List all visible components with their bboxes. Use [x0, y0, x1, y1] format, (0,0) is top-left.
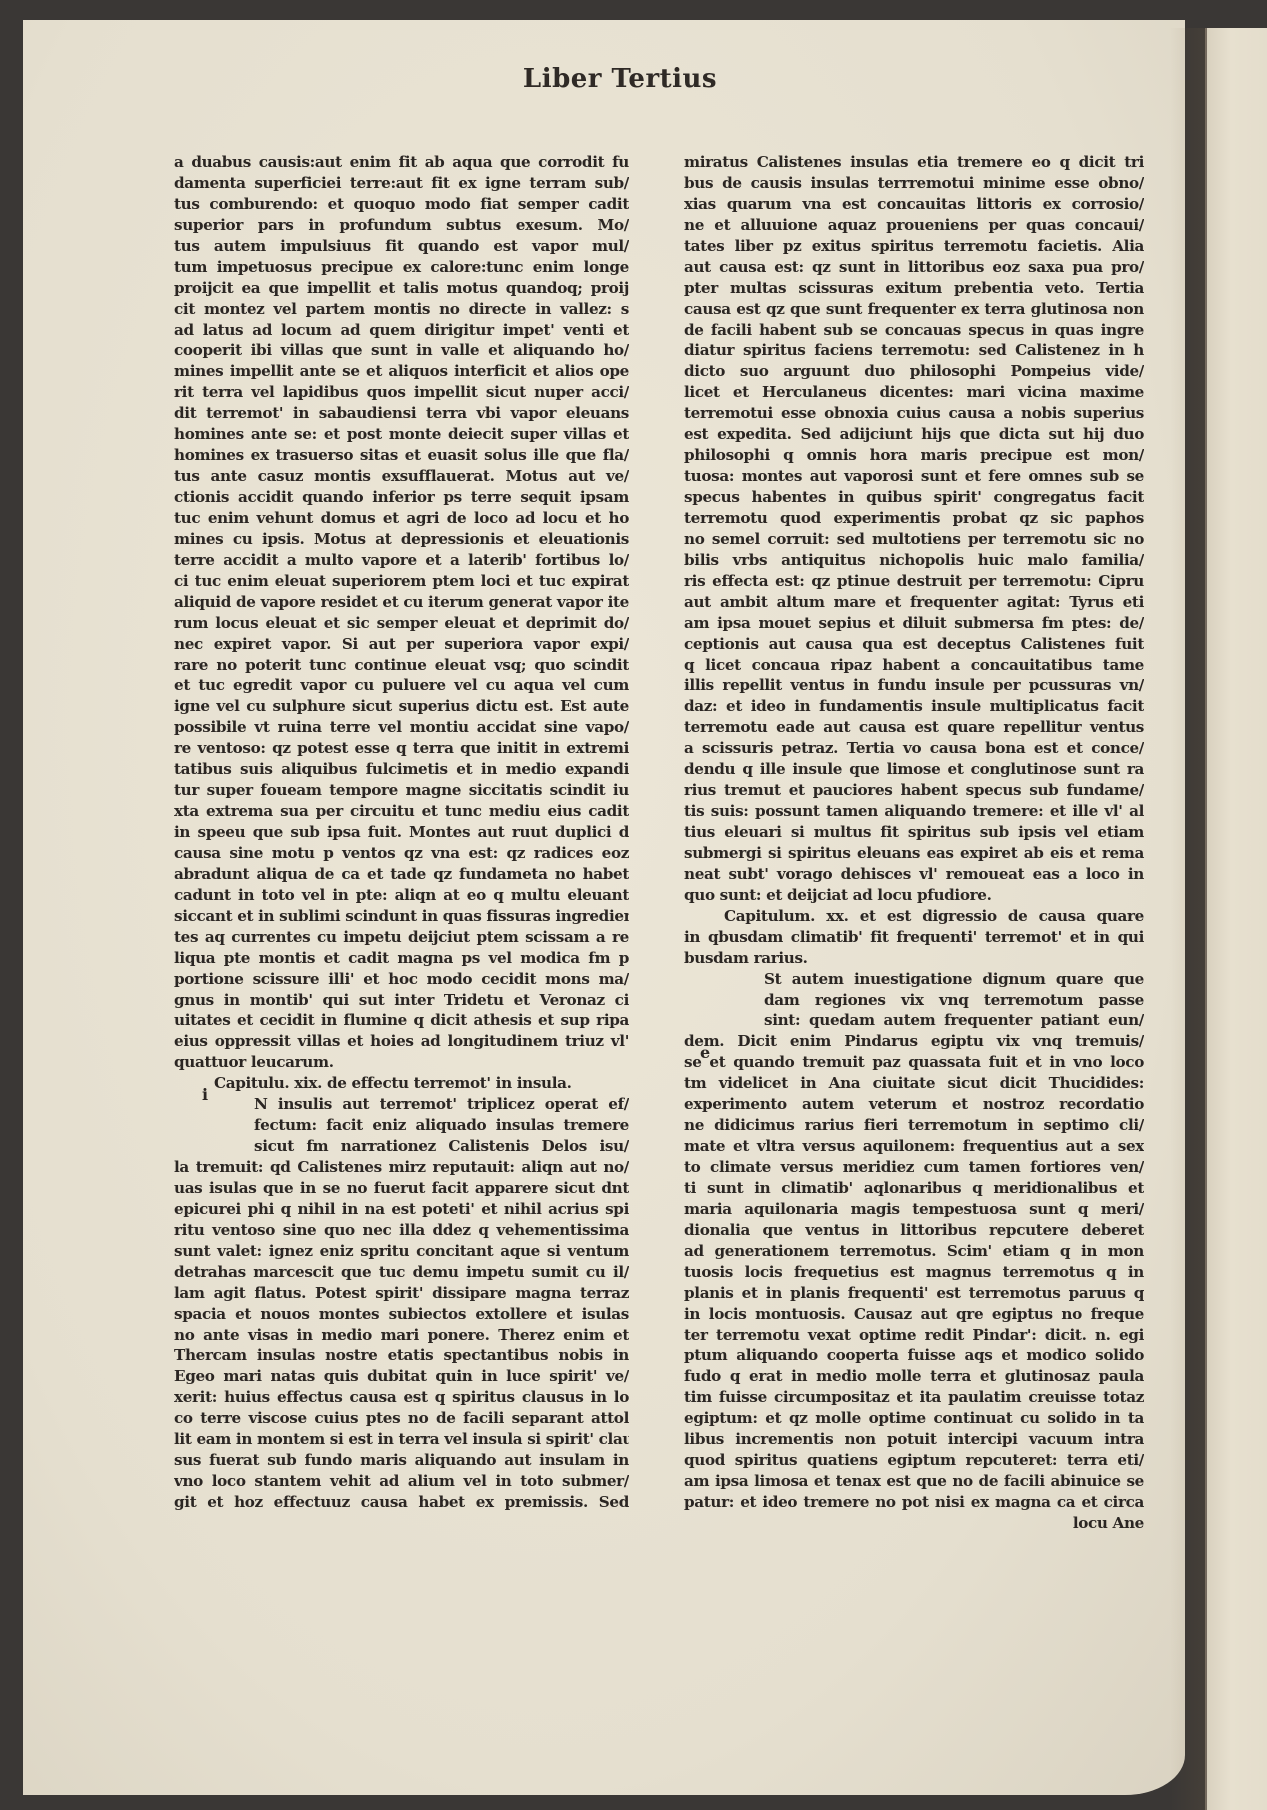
text-line: sunt valet: ignez eniz spritu concitant …	[174, 1241, 629, 1262]
gutter-line	[1205, 28, 1207, 1810]
text-line: patur: et ideo tremere no pot nisi ex ma…	[684, 1492, 1144, 1513]
text-line: lit eam in montem si est in terra vel in…	[174, 1429, 629, 1450]
text-line: philosophi q omnis hora maris precipue e…	[684, 445, 1144, 466]
text-line: vno loco stantem vehit ad alium vel in t…	[174, 1471, 629, 1492]
text-line: St autem inuestigatione dignum quare que	[684, 969, 1144, 990]
text-line: in speeu que sub ipsa fuit. Montes aut r…	[174, 822, 629, 843]
text-line: sus fuerat sub fundo maris aliquando aut…	[174, 1450, 629, 1471]
text-line: aliquid de vapore residet et cu iterum g…	[174, 592, 629, 613]
text-line: miratus Calistenes insulas etia tremere …	[684, 152, 1144, 173]
text-line: superior pars in profundum subtus exesum…	[174, 215, 629, 236]
text-line: tus comburendo: et quoquo modo fiat semp…	[174, 194, 629, 215]
text-line: siccant et in sublimi scindunt in quas f…	[174, 906, 629, 927]
text-line: damenta superficiei terre:aut fit ex ign…	[174, 173, 629, 194]
text-line: egiptum: et qz molle optime continuat cu…	[684, 1408, 1144, 1429]
text-line: bus de causis insulas terrremotui minime…	[684, 173, 1144, 194]
gutter-shadow	[1170, 28, 1206, 1810]
text-line: tes aq currentes cu impetu deijciut ptem…	[174, 927, 629, 948]
text-line: pter multas scissuras exitum prebentia v…	[684, 278, 1144, 299]
text-line: quod spiritus quatiens egiptum repcutere…	[684, 1450, 1144, 1471]
text-line: et tuc egredit vapor cu puluere vel cu a…	[174, 675, 629, 696]
text-line: ti sunt in climatib' aqlonaribus q merid…	[684, 1178, 1144, 1199]
text-line: tus autem impulsiuus fit quando est vapo…	[174, 236, 629, 257]
text-line: tur super foueam tempore magne siccitati…	[174, 780, 629, 801]
text-line: tuosa: montes aut vaporosi sunt et fere …	[684, 466, 1144, 487]
running-head: Liber Tertius	[520, 64, 720, 94]
text-line: experimento autem veterum et nostroz rec…	[684, 1094, 1144, 1115]
text-line: xias quarum vna est concauitas littoris …	[684, 194, 1144, 215]
text-line: causa sine motu p ventos qz vna est: qz …	[174, 843, 629, 864]
text-line: liqua pte montis et cadit magna ps vel m…	[174, 948, 629, 969]
text-line: ad latus ad locum ad quem dirigitur impe…	[174, 320, 629, 341]
text-line: am ipsa mouet sepius et diluit submersa …	[684, 613, 1144, 634]
text-line: dionalia que ventus in littoribus repcut…	[684, 1220, 1144, 1241]
text-line: ptum aliquando cooperta fuisse aqs et mo…	[684, 1345, 1144, 1366]
text-line: quattuor leucarum.	[174, 1052, 629, 1073]
text-line: tis suis: possunt tamen aliquando tremer…	[684, 801, 1144, 822]
text-line: terremotu quod experimentis probat qz si…	[684, 508, 1144, 529]
text-line: ci tuc enim eleuat superiorem ptem loci …	[174, 571, 629, 592]
text-line: dendu q ille insule que limose et conglu…	[684, 759, 1144, 780]
text-line: a scissuris petraz. Tertia vo causa bona…	[684, 738, 1144, 759]
text-line: terremotui esse obnoxia cuius causa a no…	[684, 403, 1144, 424]
text-line: git et hoz effectuuz causa habet ex prem…	[174, 1492, 629, 1513]
text-line: se et quando tremuit paz quassata fuit e…	[684, 1052, 1144, 1073]
text-line: dicto suo arguunt duo philosophi Pompeiu…	[684, 361, 1144, 382]
text-line: bilis vrbs antiquitus nichopolis huic ma…	[684, 550, 1144, 571]
text-line: maria aquilonaria magis tempestuosa sunt…	[684, 1199, 1144, 1220]
text-line: submergi si spiritus eleuans eas expiret…	[684, 843, 1144, 864]
text-line: dit terremot' in sabaudiensi terra vbi v…	[174, 403, 629, 424]
text-line: libus incrementis non potuit intercipi v…	[684, 1429, 1144, 1450]
text-line: no ante visas in medio mari ponere. Ther…	[174, 1325, 629, 1346]
text-line: aut ambit altum mare et frequenter agita…	[684, 592, 1144, 613]
text-line: uitates et cecidit in flumine q dicit at…	[174, 1010, 629, 1031]
text-line: Capitulu. xix. de effectu terremot' in i…	[174, 1073, 629, 1094]
text-line: planis et in planis frequenti' est terre…	[684, 1283, 1144, 1304]
text-line: dam regiones vix vnq terremotum passe	[684, 990, 1144, 1011]
text-line: dem. Dicit enim Pindarus egiptu vix vnq …	[684, 1031, 1144, 1052]
text-column-left: a duabus causis:aut enim fit ab aqua que…	[174, 152, 629, 1513]
text-line: tim fuisse circumpositaz et ita paulatim…	[684, 1387, 1144, 1408]
text-line: mate et vltra versus aquilonem: frequent…	[684, 1136, 1144, 1157]
text-line: locu Ane	[684, 1513, 1144, 1534]
text-line: cit montez vel partem montis no directe …	[174, 299, 629, 320]
text-line: xta extrema sua per circuitu et tunc med…	[174, 801, 629, 822]
text-line: licet et Herculaneus dicentes: mari vici…	[684, 382, 1144, 403]
text-line: uas isulas que in se no fuerut facit app…	[174, 1178, 629, 1199]
text-line: ad generationem terremotus. Scim' etiam …	[684, 1241, 1144, 1262]
text-line: lam agit flatus. Potest spirit' dissipar…	[174, 1283, 629, 1304]
text-line: ris effecta est: qz ptinue destruit per …	[684, 571, 1144, 592]
text-line: fectum: facit eniz aliquado insulas trem…	[174, 1115, 629, 1136]
text-line: xerit: huius effectus causa est q spirit…	[174, 1387, 629, 1408]
text-line: specus habentes in quibus spirit' congre…	[684, 487, 1144, 508]
text-line: mines impellit ante se et aliquos interf…	[174, 361, 629, 382]
text-line: to climate versus meridiez cum tamen for…	[684, 1157, 1144, 1178]
text-line: proijcit ea que impellit et talis motus …	[174, 278, 629, 299]
text-line: la tremuit: qd Calistenes mirz reputauit…	[174, 1157, 629, 1178]
text-line: terremotu eade aut causa est quare repel…	[684, 717, 1144, 738]
text-line: homines ex trasuerso sitas et euasit sol…	[174, 445, 629, 466]
text-line: rum locus eleuat et sic semper eleuat et…	[174, 613, 629, 634]
text-line: tuosis locis frequetius est magnus terre…	[684, 1262, 1144, 1283]
text-line: a duabus causis:aut enim fit ab aqua que…	[174, 152, 629, 173]
text-line: tuc enim vehunt domus et agri de loco ad…	[174, 508, 629, 529]
text-line: ter terremotu vexat optime redit Pindar'…	[684, 1325, 1144, 1346]
text-line: eius oppressit villas et hoies ad longit…	[174, 1031, 629, 1052]
guide-letter-left: i	[202, 1085, 208, 1104]
text-line: Thercam insulas nostre etatis spectantib…	[174, 1345, 629, 1366]
text-line: tates liber pz exitus spiritus terremotu…	[684, 236, 1144, 257]
text-line: no semel corruit: sed multotiens per ter…	[684, 529, 1144, 550]
text-line: spacia et nouos montes subiectos extolle…	[174, 1304, 629, 1325]
text-line: co terre viscose cuius ptes no de facili…	[174, 1408, 629, 1429]
text-line: diatur spiritus faciens terremotu: sed C…	[684, 340, 1144, 361]
text-line: ne didicimus rarius fieri terremotum in …	[684, 1115, 1144, 1136]
text-line: gnus in montib' qui sut inter Tridetu et…	[174, 990, 629, 1011]
text-line: abradunt aliqua de ca et tade qz fundame…	[174, 864, 629, 885]
text-column-right: miratus Calistenes insulas etia tremere …	[684, 152, 1144, 1534]
text-line: de facili habent sub se concauas specus …	[684, 320, 1144, 341]
text-line: neat subt' vorago dehisces vl' remoueat …	[684, 864, 1144, 885]
text-line: rius tremut et pauciores habent specus s…	[684, 780, 1144, 801]
text-line: tus ante casuz montis exsufflauerat. Mot…	[174, 466, 629, 487]
text-line: tius eleuari si multus fit spiritus sub …	[684, 822, 1144, 843]
text-line: sint: quedam autem frequenter patiant eu…	[684, 1010, 1144, 1031]
text-line: homines ante se: et post monte deiecit s…	[174, 424, 629, 445]
guide-letter-right: e	[700, 1043, 710, 1062]
text-line: ne et alluuione aquaz proueniens per qua…	[684, 215, 1144, 236]
text-line: detrahas marcescit que tuc demu impetu s…	[174, 1262, 629, 1283]
text-line: busdam rarius.	[684, 948, 1144, 969]
text-line: possibile vt ruina terre vel montiu acci…	[174, 717, 629, 738]
text-line: cadunt in toto vel in pte: aliqn at eo q…	[174, 885, 629, 906]
text-line: tum impetuosus precipue ex calore:tunc e…	[174, 257, 629, 278]
text-line: in qbusdam climatib' fit frequenti' terr…	[684, 927, 1144, 948]
text-line: igne vel cu sulphure sicut superius dict…	[174, 696, 629, 717]
text-line: rit terra vel lapidibus quos impellit si…	[174, 382, 629, 403]
text-line: re ventoso: qz potest esse q terra que i…	[174, 738, 629, 759]
text-line: daz: et ideo in fundamentis insule multi…	[684, 696, 1144, 717]
text-line: ctionis accidit quando inferior ps terre…	[174, 487, 629, 508]
text-line: tatibus suis aliquibus fulcimetis et in …	[174, 759, 629, 780]
text-line: am ipsa limosa et tenax est que no de fa…	[684, 1471, 1144, 1492]
text-line: cooperit ibi villas que sunt in valle et…	[174, 340, 629, 361]
text-line: fudo q erat in medio molle terra et glut…	[684, 1366, 1144, 1387]
text-line: ceptionis aut causa qua est deceptus Cal…	[684, 634, 1144, 655]
text-line: mines cu ipsis. Motus at depressionis et…	[174, 529, 629, 550]
text-line: tm videlicet in Ana ciuitate sicut dicit…	[684, 1073, 1144, 1094]
text-line: sicut fm narrationez Calistenis Delos is…	[174, 1136, 629, 1157]
text-line: quo sunt: et deijciat ad locu pfudiore.	[684, 885, 1144, 906]
text-line: illis repellit ventus in fundu insule pe…	[684, 675, 1144, 696]
text-line: epicurei phi q nihil in na est poteti' e…	[174, 1199, 629, 1220]
text-line: nec expiret vapor. Si aut per superiora …	[174, 634, 629, 655]
text-line: Capitulum. xx. et est digressio de causa…	[684, 906, 1144, 927]
text-line: Egeo mari natas quis dubitat quin in luc…	[174, 1366, 629, 1387]
text-line: portione scissure illi' et hoc modo ceci…	[174, 969, 629, 990]
text-line: rare no poterit tunc continue eleuat vsq…	[174, 655, 629, 676]
text-line: q licet concaua ripaz habent a concauita…	[684, 655, 1144, 676]
facing-page-edge	[1207, 28, 1267, 1810]
text-line: ritu ventoso sine quo nec illa ddez q ve…	[174, 1220, 629, 1241]
text-line: est expedita. Sed adijciunt hijs que dic…	[684, 424, 1144, 445]
text-line: N insulis aut terremot' triplicez operat…	[174, 1094, 629, 1115]
text-line: causa est qz que sunt frequenter ex terr…	[684, 299, 1144, 320]
text-line: aut causa est: qz sunt in littoribus eoz…	[684, 257, 1144, 278]
text-line: in locis montuosis. Causaz aut qre egipt…	[684, 1304, 1144, 1325]
text-line: terre accidit a multo vapore et a lateri…	[174, 550, 629, 571]
